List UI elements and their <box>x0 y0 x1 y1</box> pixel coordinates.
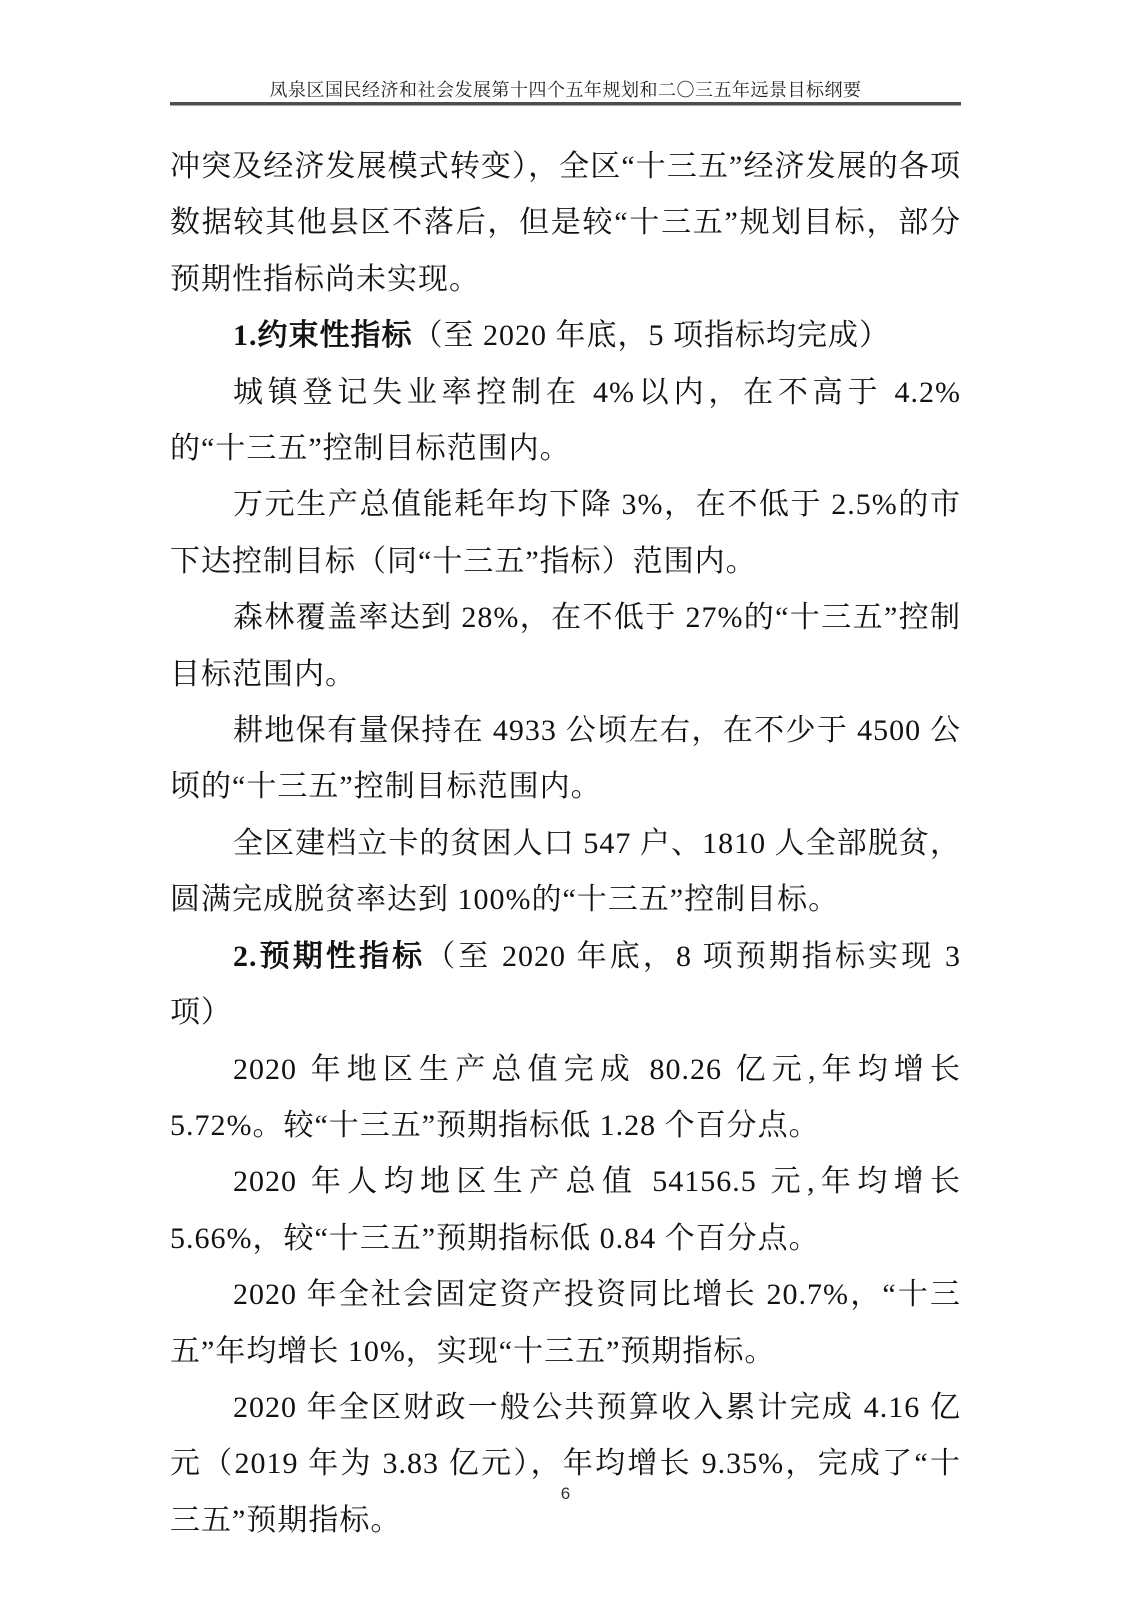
section-1-heading-title: 1.约束性指标 <box>233 319 413 352</box>
section-2-heading: 2.预期性指标（至 2020 年底，8 项预期指标实现 3 项） <box>170 929 961 1042</box>
constraint-indicator-paragraph: 耕地保有量保持在 4933 公顷左右，在不少于 4500 公顷的“十三五”控制目… <box>170 703 961 816</box>
constraint-indicator-paragraph: 城镇登记失业率控制在 4%以内，在不高于 4.2%的“十三五”控制目标范围内。 <box>170 365 961 478</box>
section-1-heading: 1.约束性指标（至 2020 年底，5 项指标均完成） <box>170 308 961 364</box>
page-header-title: 凤泉区国民经济和社会发展第十四个五年规划和二〇三五年远景目标纲要 <box>170 76 961 102</box>
page-number: 6 <box>170 1484 961 1504</box>
expected-indicator-paragraph: 2020 年全社会固定资产投资同比增长 20.7%，“十三五”年均增长 10%，… <box>170 1267 961 1380</box>
intro-continuation-paragraph: 冲突及经济发展模式转变），全区“十三五”经济发展的各项数据较其他县区不落后，但是… <box>170 139 961 308</box>
header-rule <box>170 102 961 106</box>
constraint-indicator-paragraph: 森林覆盖率达到 28%，在不低于 27%的“十三五”控制目标范围内。 <box>170 590 961 703</box>
document-body: 冲突及经济发展模式转变），全区“十三五”经济发展的各项数据较其他县区不落后，但是… <box>170 139 961 1549</box>
section-2-heading-title: 2.预期性指标 <box>233 940 425 973</box>
expected-indicator-paragraph: 2020 年人均地区生产总值 54156.5 元,年均增长 5.66%，较“十三… <box>170 1154 961 1267</box>
expected-indicator-paragraph: 2020 年地区生产总值完成 80.26 亿元,年均增长 5.72%。较“十三五… <box>170 1042 961 1155</box>
constraint-indicator-paragraph: 万元生产总值能耗年均下降 3%，在不低于 2.5%的市下达控制目标（同“十三五”… <box>170 477 961 590</box>
expected-indicator-paragraph: 2020 年全区财政一般公共预算收入累计完成 4.16 亿元（2019 年为 3… <box>170 1380 961 1549</box>
document-page: 凤泉区国民经济和社会发展第十四个五年规划和二〇三五年远景目标纲要 冲突及经济发展… <box>0 0 1131 1600</box>
constraint-indicator-paragraph: 全区建档立卡的贫困人口 547 户、1810 人全部脱贫，圆满完成脱贫率达到 1… <box>170 816 961 929</box>
section-1-heading-note: （至 2020 年底，5 项指标均完成） <box>413 319 891 352</box>
